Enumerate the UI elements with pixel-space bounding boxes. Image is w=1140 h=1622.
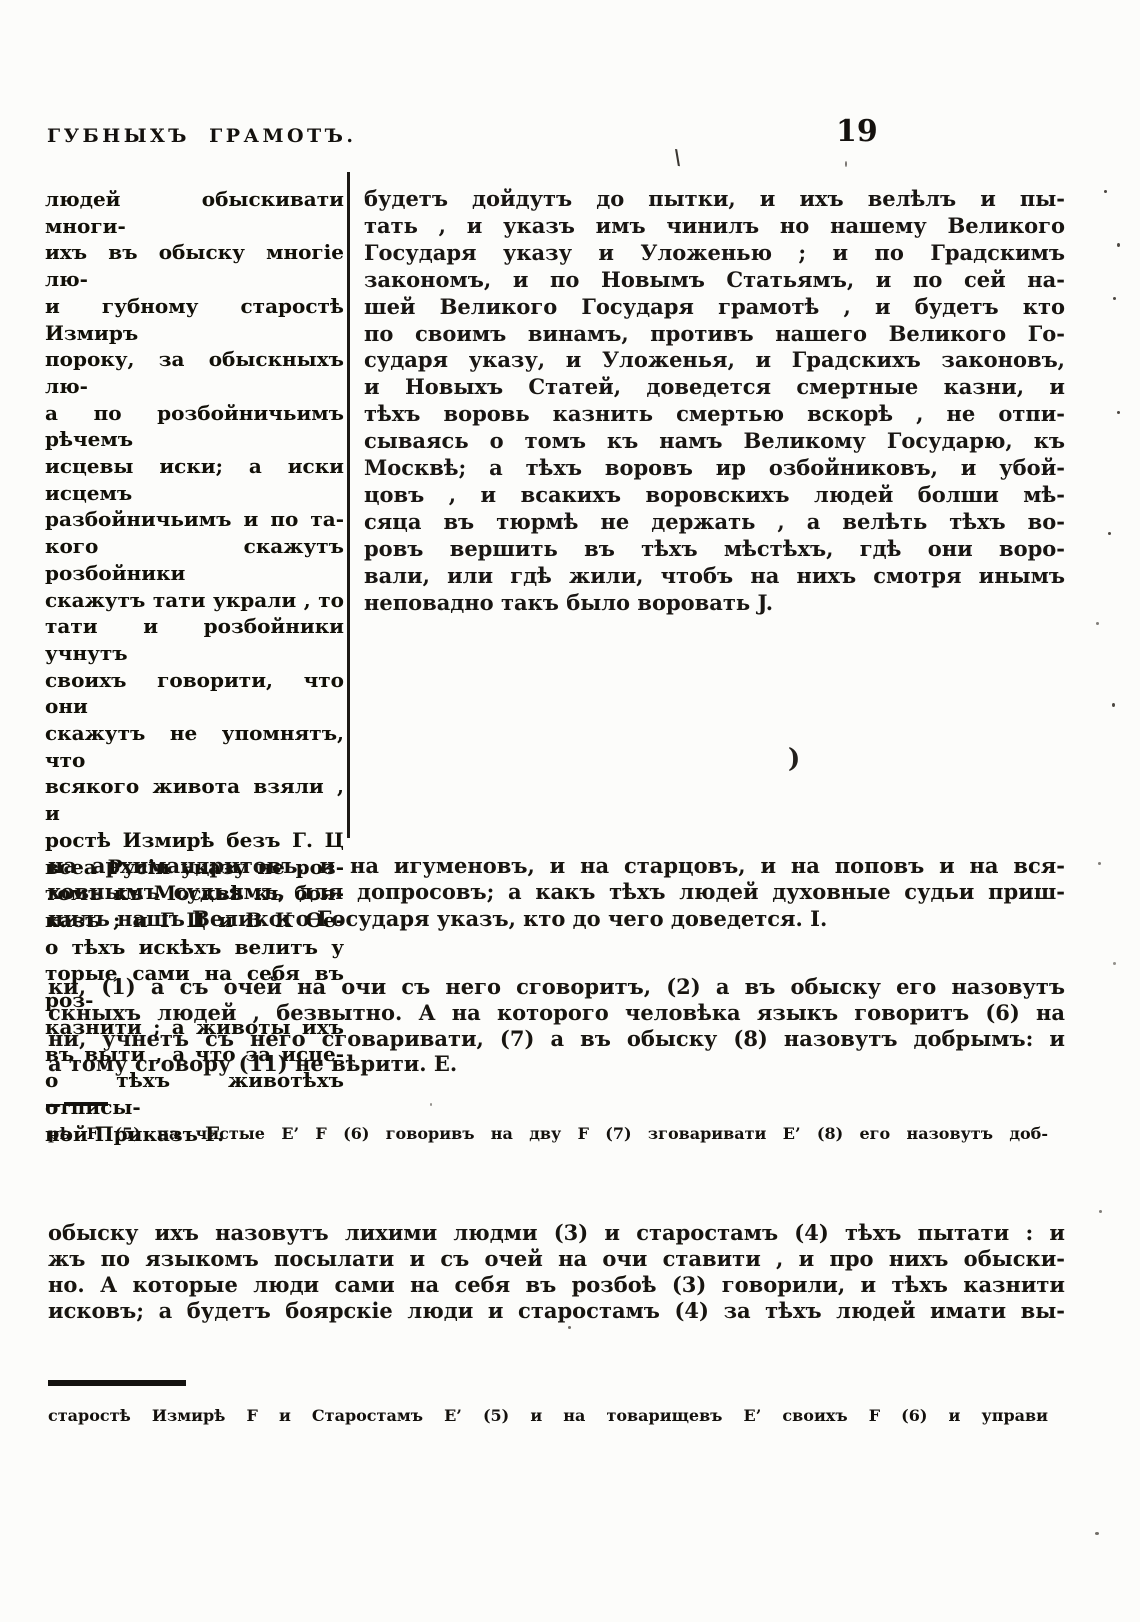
left-column-line: и губному старостѣ Измиръ <box>45 293 344 346</box>
scan-speck <box>1113 962 1116 965</box>
left-column-line: своихъ говорити, что они <box>45 667 344 720</box>
scan-speck <box>568 1326 571 1329</box>
paragraph-line: ховнымъ судьямъ, для допросовъ; а какъ т… <box>48 879 1065 905</box>
paragraph-1: на архимандритовъ, и на игуменовъ, и на … <box>48 853 1065 932</box>
right-column-line: сываясь о томъ къ намъ Великому Государю… <box>364 428 1065 455</box>
paragraph-line: жъ по языкомъ посылати и съ очей на очи … <box>48 1246 1065 1272</box>
left-column-line: всякого живота взяли , и <box>45 773 344 826</box>
footnote-separator-dash <box>46 1104 59 1107</box>
left-column-line: о тѣхъ искѣхъ велитъ у <box>45 934 344 961</box>
paragraph-line: на архимандритовъ, и на игуменовъ, и на … <box>48 853 1065 879</box>
scan-speck <box>1096 622 1099 625</box>
right-column-line: шей Великого Государя грамотѣ , и будетъ… <box>364 294 1065 321</box>
right-column-line: вали, или гдѣ жили, чтобъ на нихъ смотря… <box>364 563 1065 590</box>
left-column-line: ростѣ Измирѣ безъ Г. Ц <box>45 827 344 854</box>
left-column-line: тати и розбойники учнутъ <box>45 613 344 666</box>
right-column-line: тѣхъ воровь казнить смертью вскорѣ , не … <box>364 401 1065 428</box>
left-column-line: ихъ въ обыску многіе лю- <box>45 239 344 292</box>
footnote-separator-rule <box>48 1380 186 1386</box>
column-divider-rule <box>347 172 350 838</box>
paragraph-line: а тому сговору (11) не вѣрити. Е. <box>48 1051 1065 1077</box>
left-column-line: людей обыскивати многи- <box>45 186 344 239</box>
paragraph-line: исковъ; а будетъ боярскіе люди и старост… <box>48 1298 1065 1324</box>
running-header: ГУБНЫХЪ ГРАМОТЪ. <box>47 125 356 147</box>
paragraph-line: скныхъ людей , безвытно. А на которого ч… <box>48 1000 1065 1026</box>
left-column-line: а по розбойничьимъ рѣчемъ <box>45 400 344 453</box>
right-column: будетъ дойдутъ до пытки, и ихъ велѣлъ и … <box>364 186 1065 617</box>
scan-speck <box>1104 190 1107 193</box>
right-column-line: Государя указу и Уложенью ; и по Градски… <box>364 240 1065 267</box>
scan-speck <box>1113 297 1116 300</box>
scan-speck <box>1112 703 1115 707</box>
left-column-line: пороку, за обыскныхъ лю- <box>45 346 344 399</box>
scan-speck <box>1108 532 1111 535</box>
scan-mark-accent: \ <box>672 145 683 170</box>
scan-speck <box>1095 1532 1099 1535</box>
paragraph-line: ни, учнетъ съ него сговаривати, (7) а въ… <box>48 1026 1065 1052</box>
right-column-line: Москвѣ; а тѣхъ воровъ ир озбойниковъ, и … <box>364 455 1065 482</box>
scan-speck <box>1117 243 1120 247</box>
right-column-line: сударя указу, и Уложенья, и Градскихъ за… <box>364 347 1065 374</box>
right-column-line: закономъ, и по Новымъ Статьямъ, и по сей… <box>364 267 1065 294</box>
paragraph-line: нилъ нашъ Великого Государя указъ, кто д… <box>48 906 1065 932</box>
page-number: 19 <box>836 114 878 149</box>
scan-speck <box>845 161 847 167</box>
left-column-line: исцевы иски; а иски исцемъ <box>45 453 344 506</box>
scan-speck <box>1098 862 1101 865</box>
paragraph-line: ки, (1) а съ очей на очи съ него сговори… <box>48 974 1065 1000</box>
right-column-line: по своимъ винамъ, противъ нашего Великог… <box>364 321 1065 348</box>
paragraph-2: ки, (1) а съ очей на очи съ него сговори… <box>48 974 1065 1077</box>
right-column-line: тать , и указъ имъ чинилъ но нашему Вели… <box>364 213 1065 240</box>
left-column-line: скажутъ тати украли , то <box>45 587 344 614</box>
scan-speck <box>1117 411 1120 414</box>
footnote-line: рѣ F (5) на чистые Е’ F (6) говоривъ на … <box>48 1124 1048 1143</box>
footnote-separator-rule <box>64 1102 108 1106</box>
paragraph-line: но. А которые люди сами на себя въ розбо… <box>48 1272 1065 1298</box>
footnote-line: старостѣ Измирѣ F и Старостамъ Е’ (5) и … <box>48 1406 1048 1425</box>
right-column-line: будетъ дойдутъ до пытки, и ихъ велѣлъ и … <box>364 186 1065 213</box>
right-column-line: и Новыхъ Статей, доведется смертные казн… <box>364 374 1065 401</box>
scan-speck <box>1099 1210 1102 1213</box>
right-column-line: неповадно такъ было воровать J. <box>364 590 1065 617</box>
left-column-line: скажутъ не упомнятъ, что <box>45 720 344 773</box>
scan-speck <box>430 1103 432 1106</box>
paragraph-3: обыску ихъ назовутъ лихими людми (3) и с… <box>48 1220 1065 1324</box>
left-column-line: кого скажутъ розбойники <box>45 533 344 586</box>
left-column-line: разбойничьимъ и по та- <box>45 506 344 533</box>
right-column-line: цовъ , и всакихъ воровскихъ людей болши … <box>364 482 1065 509</box>
right-column-line: ровъ вершить въ тѣхъ мѣстѣхъ, гдѣ они во… <box>364 536 1065 563</box>
scan-mark-paren: ) <box>788 744 800 774</box>
paragraph-line: обыску ихъ назовутъ лихими людми (3) и с… <box>48 1220 1065 1246</box>
right-column-line: сяца въ тюрмѣ не держать , а велѣть тѣхъ… <box>364 509 1065 536</box>
